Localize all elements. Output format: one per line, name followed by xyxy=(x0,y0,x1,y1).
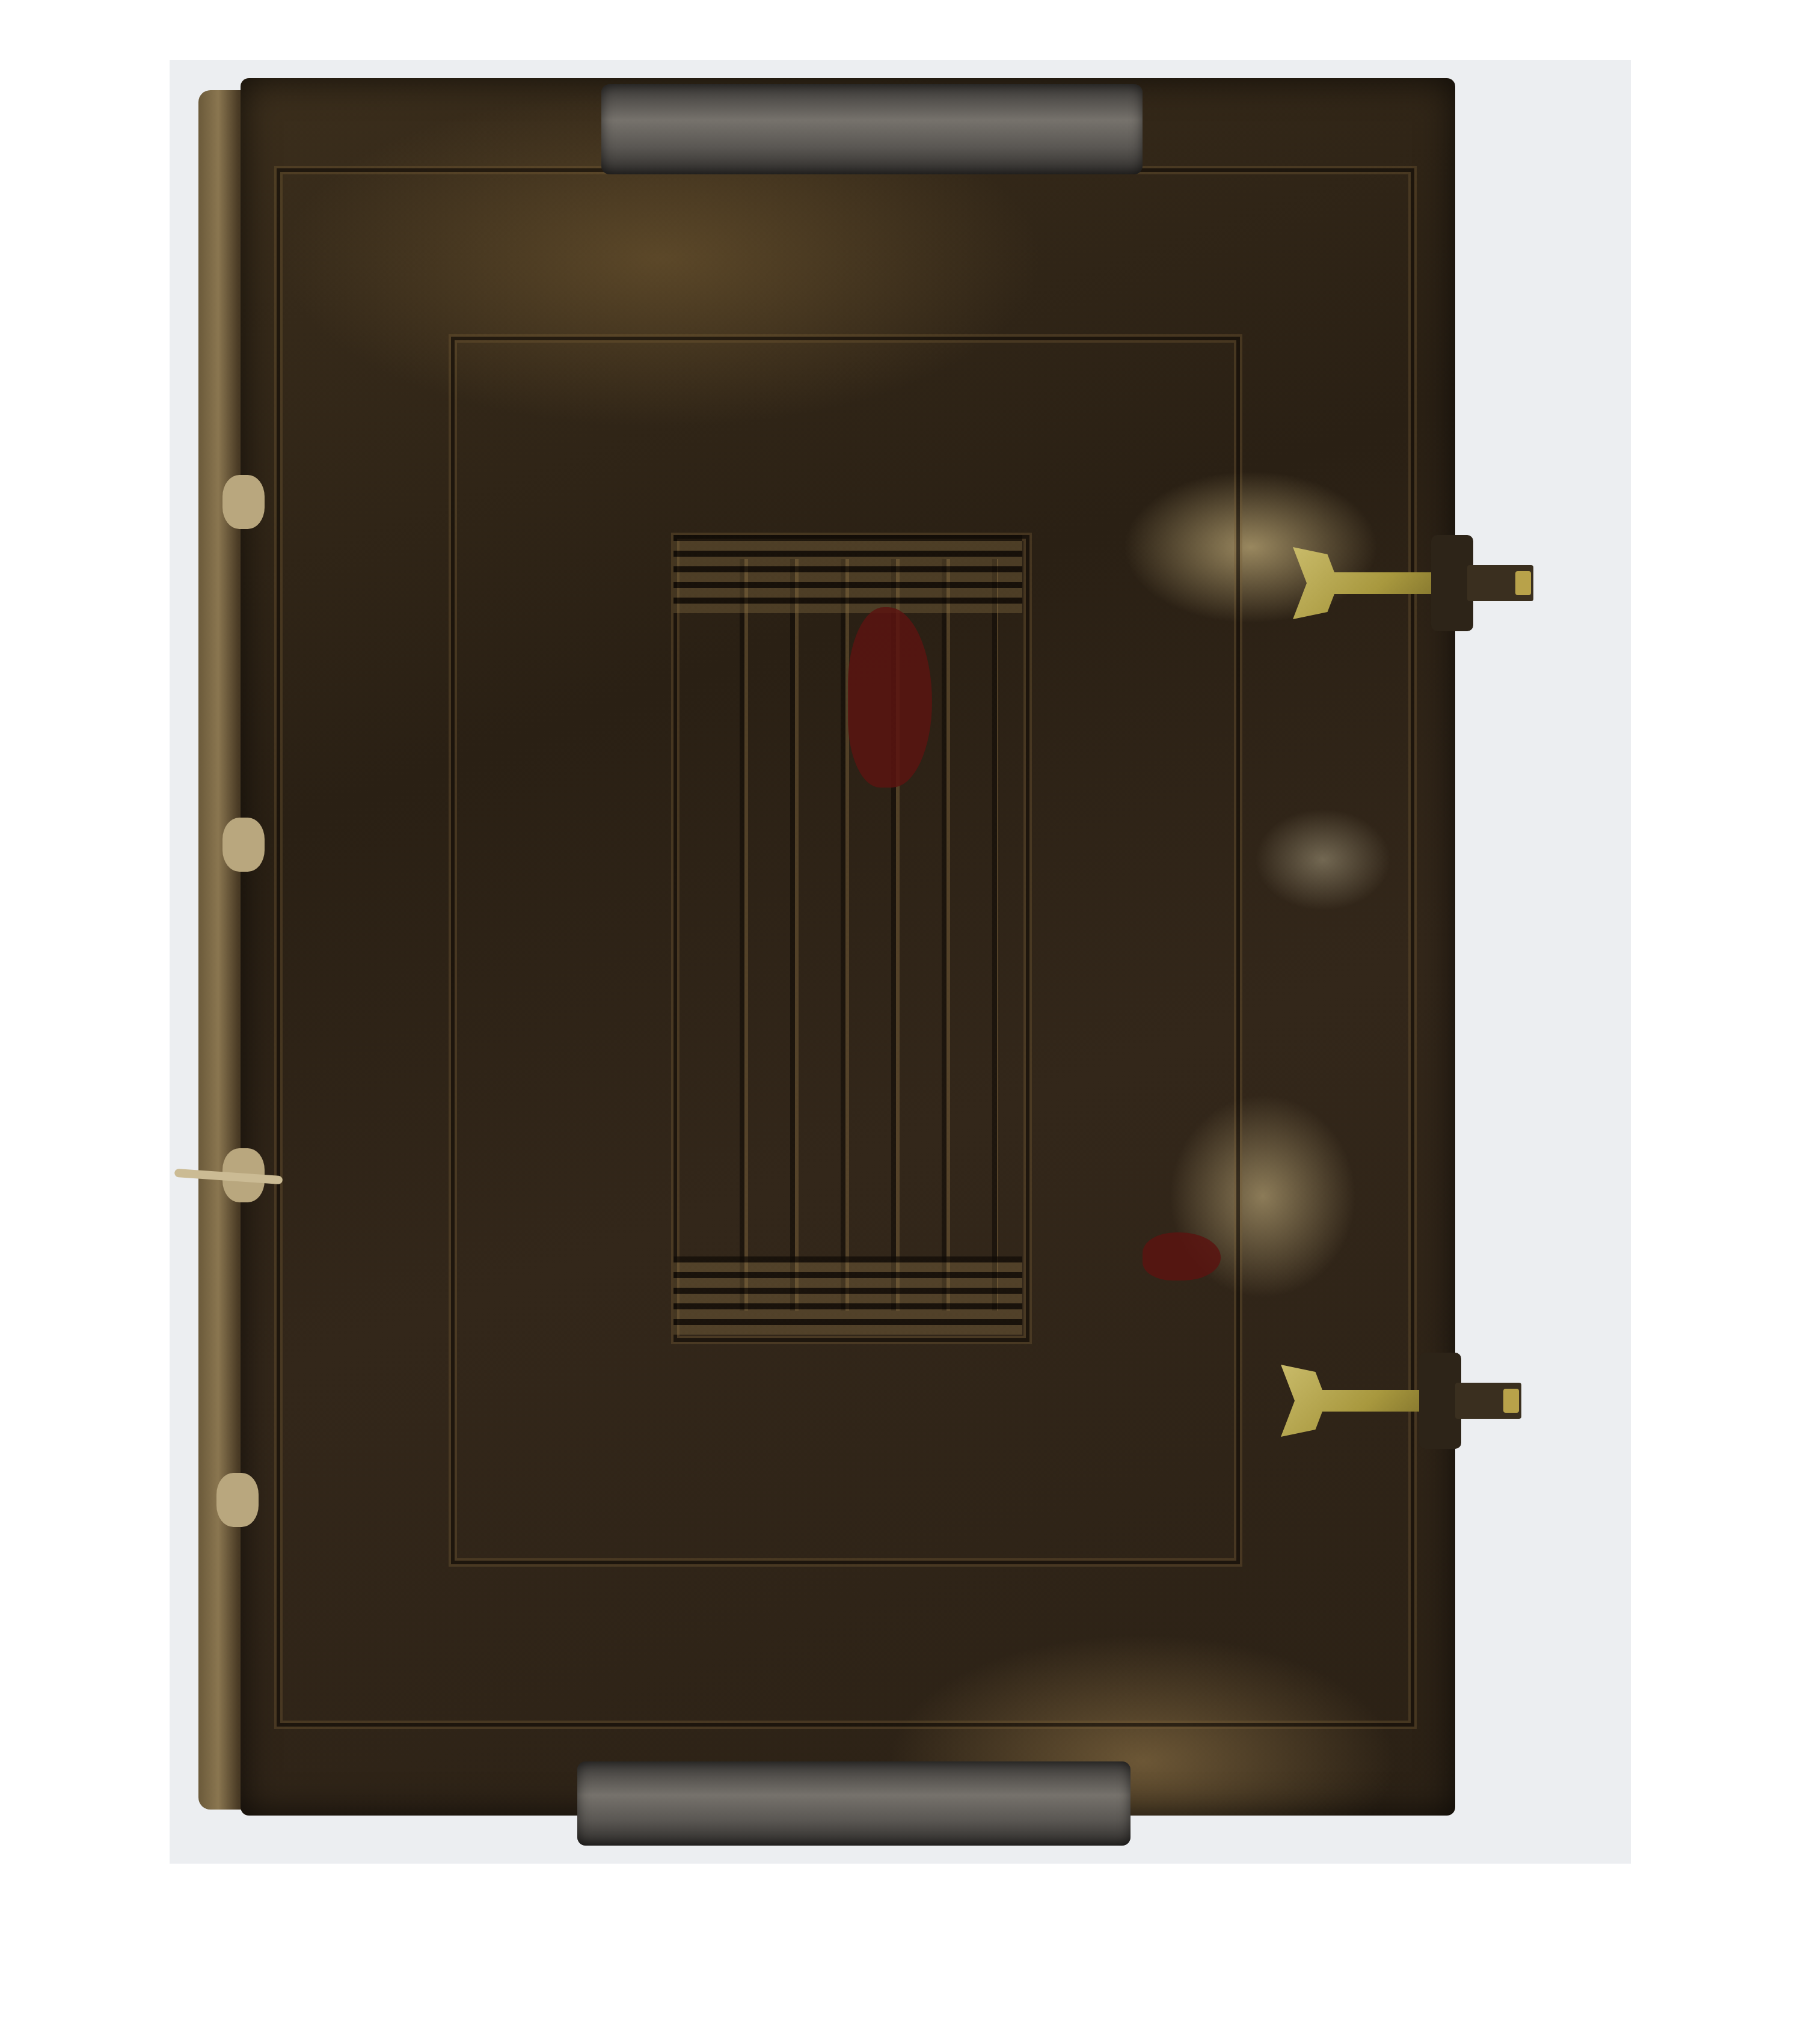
upper-brass-clasp xyxy=(1293,523,1437,643)
spine-cord-knot xyxy=(222,818,265,872)
spine-cord-knot xyxy=(222,475,265,529)
bottom-metal-edge-plate xyxy=(577,1761,1131,1846)
clasp-plate xyxy=(1281,1365,1419,1437)
panel-top-bars xyxy=(673,535,1022,613)
red-stain-lower xyxy=(1143,1232,1221,1281)
book-cover xyxy=(241,78,1455,1816)
lower-brass-clasp xyxy=(1281,1341,1425,1461)
book xyxy=(198,78,1455,1816)
clasp-hook xyxy=(1515,571,1531,595)
panel-bottom-bars xyxy=(673,1256,1022,1335)
spine-cord-knot xyxy=(216,1473,259,1527)
clasp-plate xyxy=(1293,547,1431,619)
clasp-hook xyxy=(1503,1389,1519,1413)
top-metal-edge-plate xyxy=(601,84,1143,174)
